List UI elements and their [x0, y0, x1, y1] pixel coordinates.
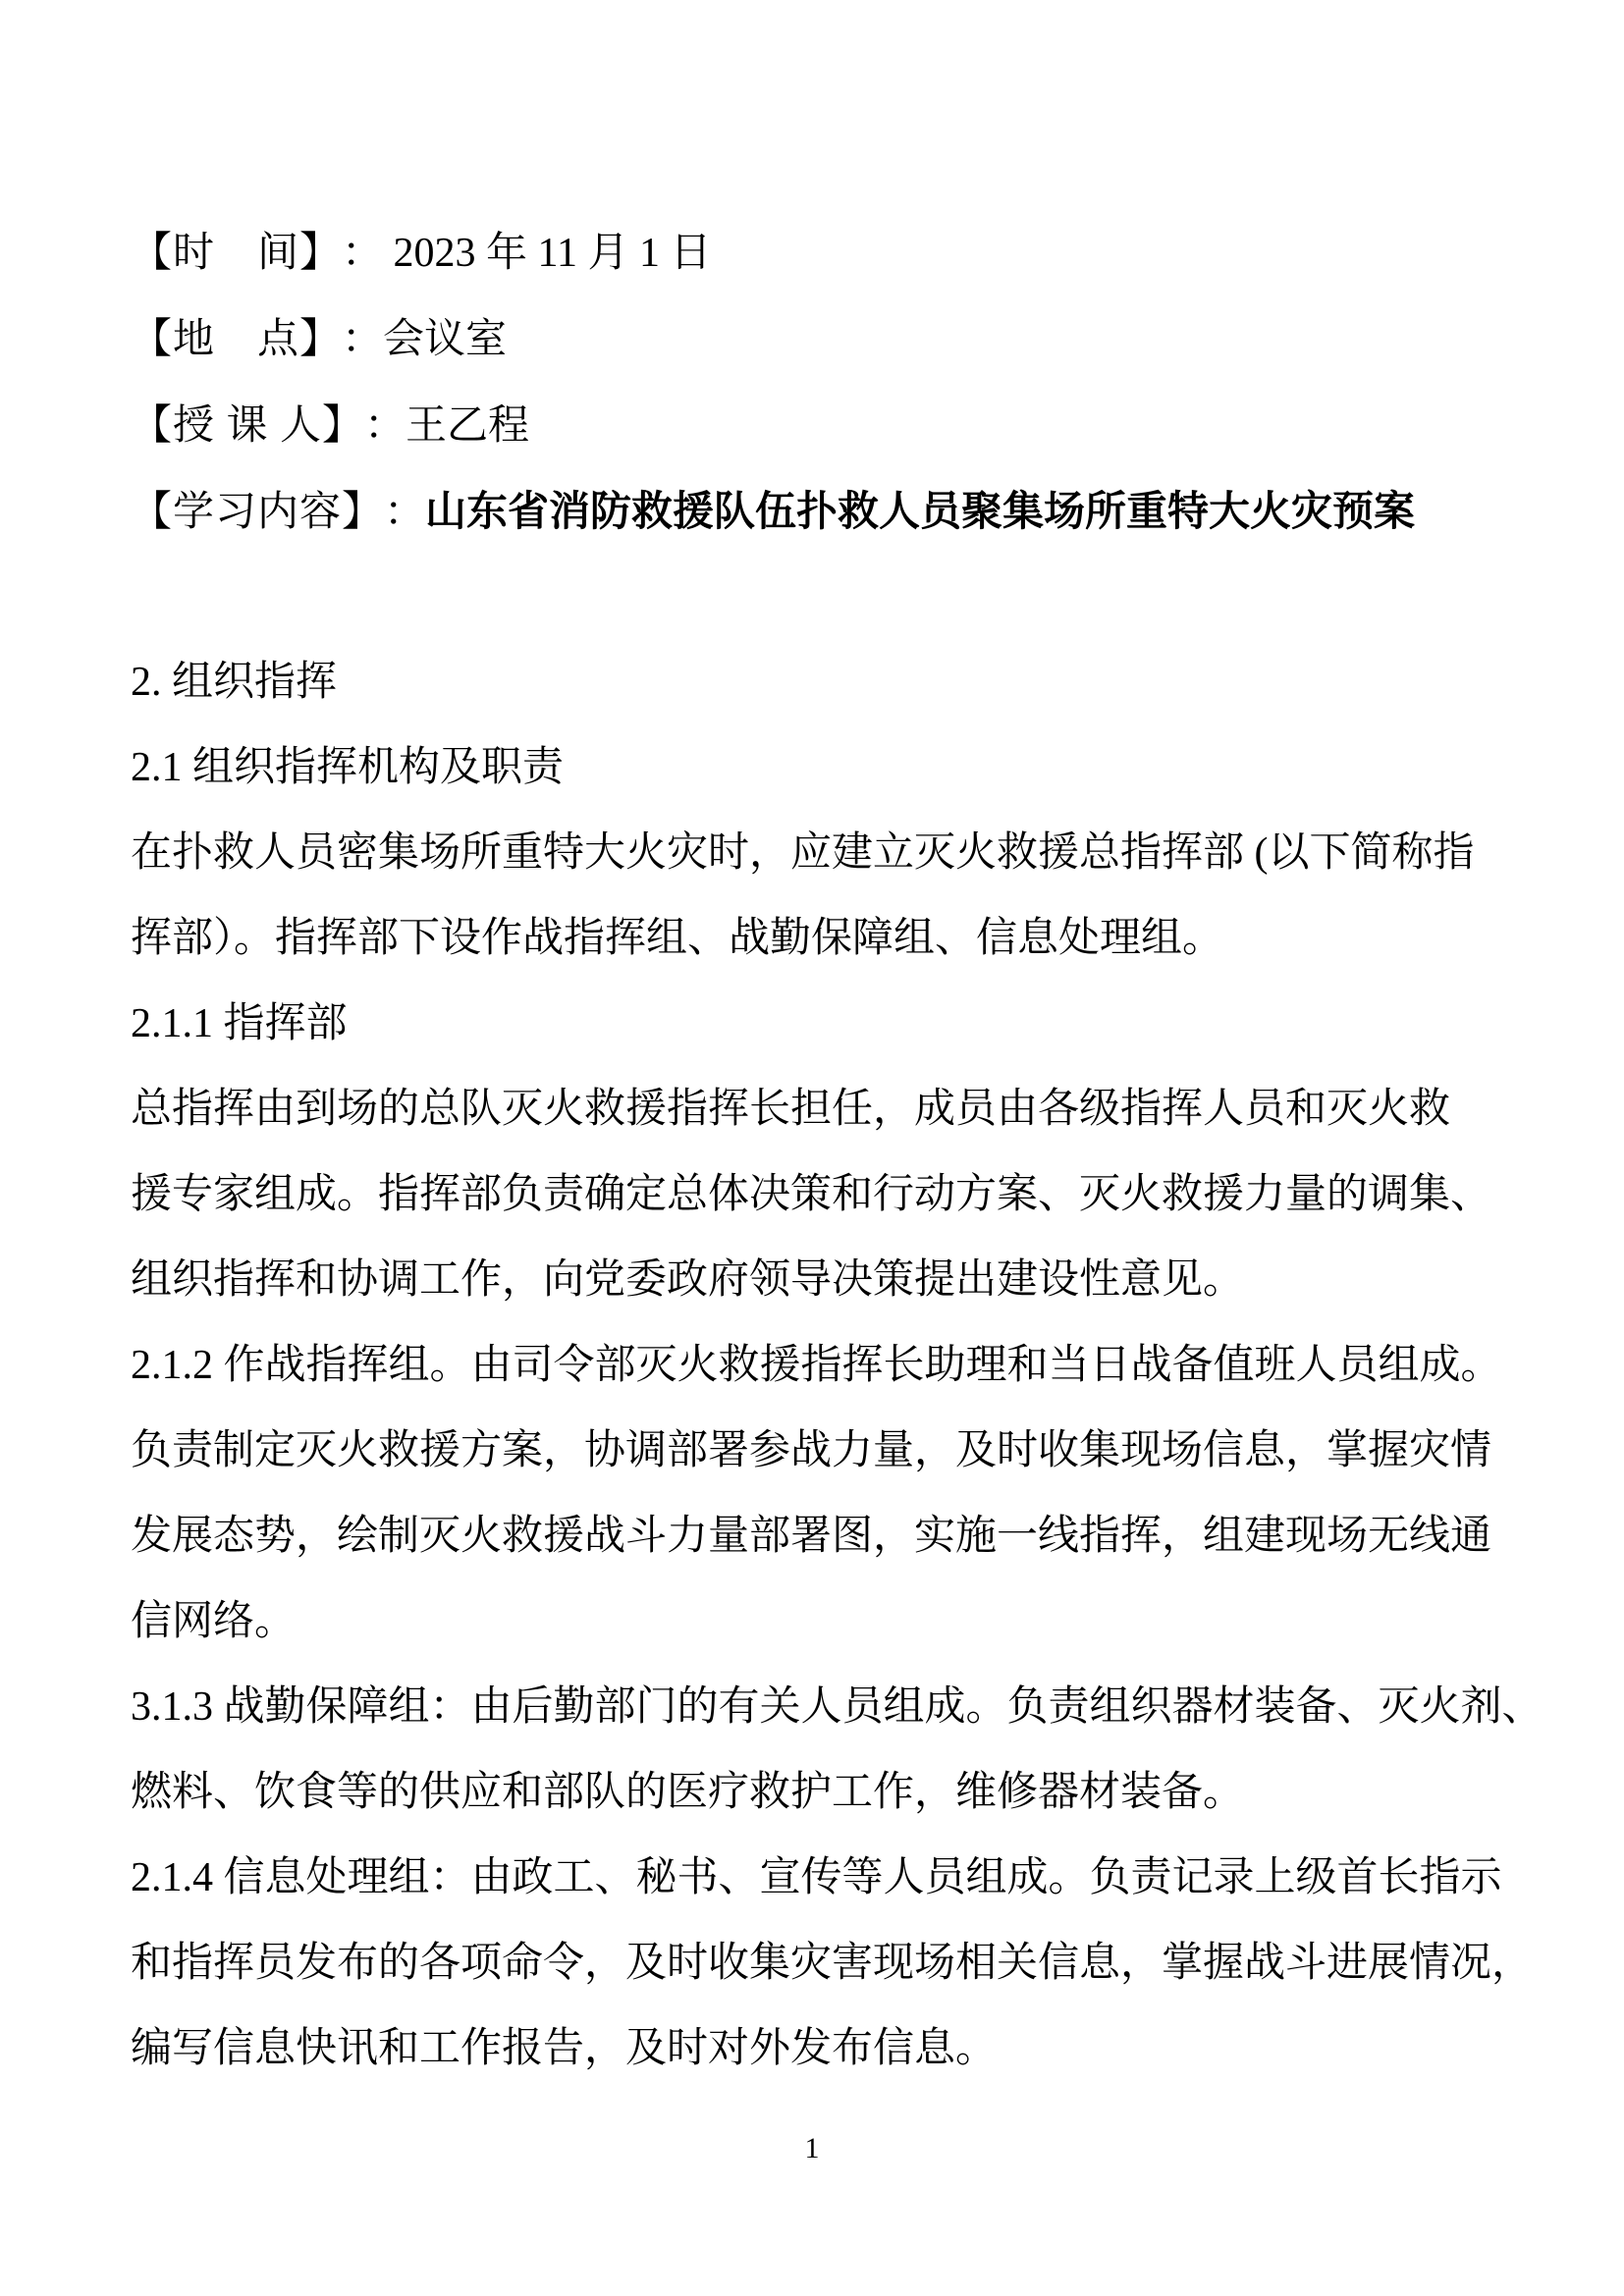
body-line: 3.1.3 战勤保障组：由后勤部门的有关人员组成。负责组织器材装备、灭火剂、: [131, 1660, 1496, 1745]
page-number: 1: [805, 2132, 820, 2164]
section-heading: 2. 组织指挥: [131, 635, 1496, 721]
document-page: 【时 间】： 2023 年 11 月 1 日 【地 点】：会议室 【授 课 人】…: [0, 0, 1624, 2296]
field-label-location: 【地 点】: [131, 306, 342, 365]
subsection-heading: 2.1 组织指挥机构及职责: [131, 721, 1496, 806]
field-colon: ：: [384, 479, 425, 538]
body-line: 2.1.4 信息处理组：由政工、秘书、宣传等人员组成。负责记录上级首长指示: [131, 1831, 1496, 1916]
field-colon: ：: [342, 220, 383, 279]
body-line: 组织指挥和协调工作，向党委政府领导决策提出建设性意见。: [131, 1233, 1496, 1318]
field-label-lecturer: 【授 课 人】: [131, 393, 364, 452]
subsection-heading: 2.1.1 指挥部: [131, 977, 1496, 1062]
field-label-time: 【时 间】: [131, 220, 342, 279]
body-line: 在扑救人员密集场所重特大火灾时，应建立灭火救援总指挥部 (以下简称指: [131, 806, 1496, 891]
field-colon: ：: [342, 306, 383, 365]
header-line-study-content: 【学习内容】：山东省消防救援队伍扑救人员聚集场所重特大火灾预案: [131, 465, 1496, 552]
header-line-lecturer: 【授 课 人】：王乙程: [131, 379, 1496, 465]
field-colon: ：: [364, 393, 406, 452]
header-line-location: 【地 点】：会议室: [131, 293, 1496, 379]
body-line: 和指挥员发布的各项命令，及时收集灾害现场相关信息，掌握战斗进展情况，: [131, 1916, 1496, 2002]
body-line: 燃料、饮食等的供应和部队的医疗救护工作，维修器材装备。: [131, 1745, 1496, 1831]
page-footer: 1: [0, 2132, 1624, 2165]
body-line: 信网络。: [131, 1575, 1496, 1660]
body-line: 编写信息快讯和工作报告，及时对外发布信息。: [131, 2002, 1496, 2087]
field-value-study-content-title: 山东省消防救援队伍扑救人员聚集场所重特大火灾预案: [425, 479, 1415, 538]
body-line: 总指挥由到场的总队灭火救援指挥长担任，成员由各级指挥人员和灭火救: [131, 1062, 1496, 1148]
header-line-time: 【时 间】： 2023 年 11 月 1 日: [131, 206, 1496, 293]
field-value-location: 会议室: [383, 306, 507, 365]
body-line: 2.1.2 作战指挥组。由司令部灭火救援指挥长助理和当日战备值班人员组成。: [131, 1318, 1496, 1404]
field-value-lecturer: 王乙程: [406, 393, 529, 452]
body-line: 援专家组成。指挥部负责确定总体决策和行动方案、灭火救援力量的调集、: [131, 1148, 1496, 1233]
document-header: 【时 间】： 2023 年 11 月 1 日 【地 点】：会议室 【授 课 人】…: [131, 0, 1496, 552]
field-label-study-content: 【学习内容】: [131, 479, 384, 538]
document-body: 2. 组织指挥 2.1 组织指挥机构及职责 在扑救人员密集场所重特大火灾时，应建…: [131, 635, 1496, 2087]
body-line: 发展态势，绘制灭火救援战斗力量部署图，实施一线指挥，组建现场无线通: [131, 1489, 1496, 1575]
body-line: 挥部）。指挥部下设作战指挥组、战勤保障组、信息处理组。: [131, 891, 1496, 977]
field-value-time: 2023 年 11 月 1 日: [383, 220, 711, 279]
body-line: 负责制定灭火救援方案，协调部署参战力量，及时收集现场信息，掌握灾情: [131, 1404, 1496, 1489]
